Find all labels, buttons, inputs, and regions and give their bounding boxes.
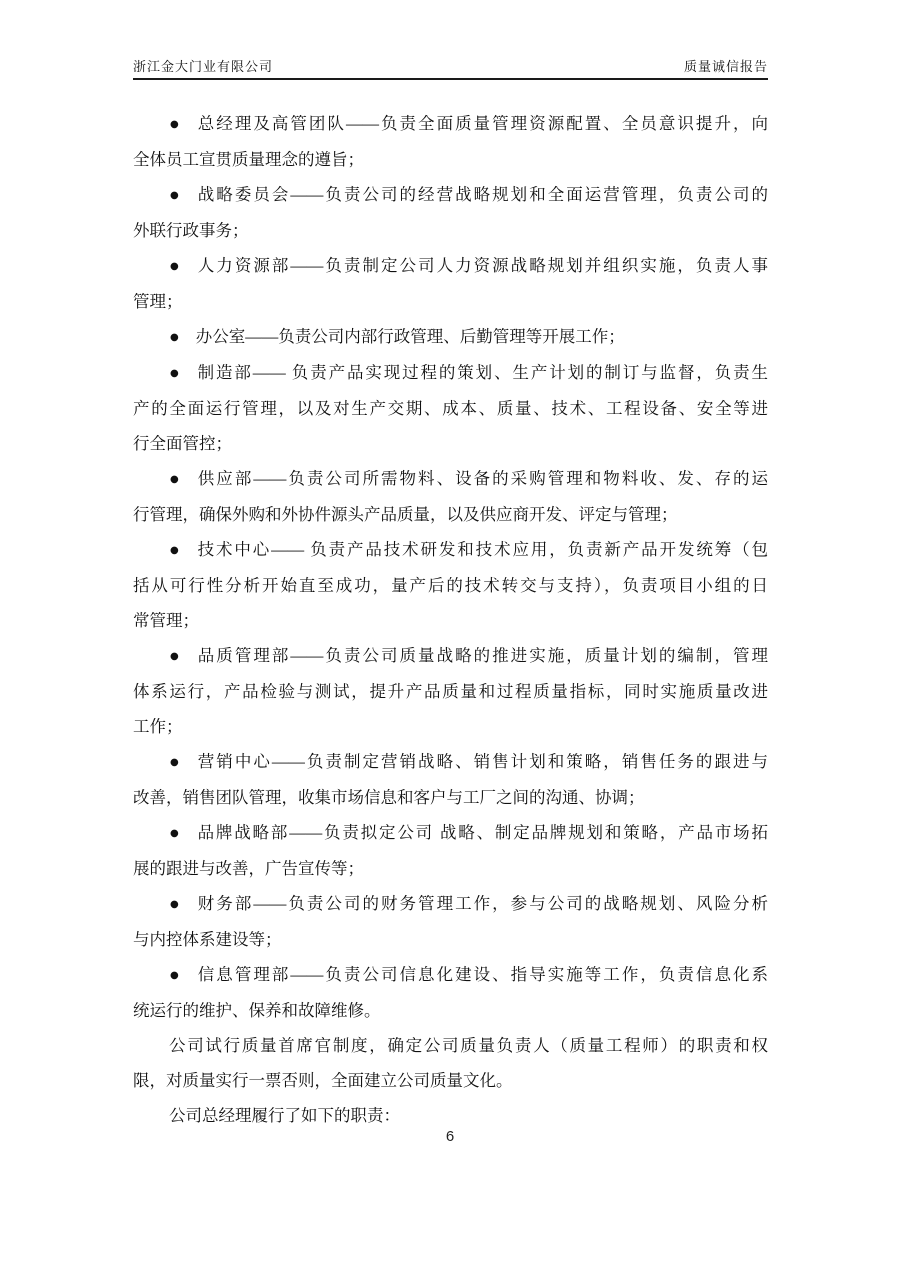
bullet-item-line: 工作；	[133, 709, 768, 744]
bullet-item-line: ●技术中心—— 负责产品技术研发和技术应用，负责新产品开发统筹（包	[133, 532, 768, 568]
bullet-icon: ●	[170, 119, 181, 130]
bullet-icon: ●	[170, 651, 181, 662]
bullet-item-line: 行管理，确保外购和外协件源头产品质量，以及供应商开发、评定与管理；	[133, 497, 768, 532]
bullet-item-line: 管理；	[133, 284, 768, 319]
bullet-item-line: ●办公室——负责公司内部行政管理、后勤管理等开展工作；	[133, 319, 768, 355]
page-header: 浙江金大门业有限公司 质量诚信报告	[133, 56, 768, 80]
bullet-icon: ●	[170, 261, 181, 272]
header-report-title: 质量诚信报告	[684, 56, 768, 75]
bullet-text: 品牌战略部——负责拟定公司 战略、制定品牌规划和策略，产品市场拓	[198, 823, 768, 842]
bullet-item-line: 展的跟进与改善，广告宣传等；	[133, 851, 768, 886]
bullet-icon: ●	[170, 899, 181, 910]
bullet-text: 信息管理部——负责公司信息化建设、指导实施等工作，负责信息化系	[198, 965, 768, 984]
bullet-item-line: ●战略委员会——负责公司的经营战略规划和全面运营管理，负责公司的	[133, 177, 768, 213]
bullet-text: 人力资源部——负责制定公司人力资源战略规划并组织实施，负责人事	[198, 256, 768, 275]
bullet-icon: ●	[170, 474, 181, 485]
bullet-item-line: 全体员工宣贯质量理念的遵旨；	[133, 142, 768, 177]
bullet-item-line: 体系运行，产品检验与测试，提升产品质量和过程质量指标，同时实施质量改进	[133, 674, 768, 709]
bullet-item-line: 常管理；	[133, 603, 768, 638]
page-number: 6	[0, 1128, 900, 1145]
paragraph-line: 公司试行质量首席官制度，确定公司质量负责人（质量工程师）的职责和权	[133, 1028, 768, 1063]
bullet-text: 总经理及高管团队——负责全面质量管理资源配置、全员意识提升，向	[198, 114, 768, 133]
bullet-text: 品质管理部——负责公司质量战略的推进实施，质量计划的编制，管理	[198, 646, 768, 665]
bullet-item-line: ●供应部——负责公司所需物料、设备的采购管理和物料收、发、存的运	[133, 461, 768, 497]
bullet-item-line: ●品质管理部——负责公司质量战略的推进实施，质量计划的编制，管理	[133, 638, 768, 674]
bullet-item-line: 产的全面运行管理，以及对生产交期、成本、质量、技术、工程设备、安全等进	[133, 391, 768, 426]
header-company-name: 浙江金大门业有限公司	[133, 56, 273, 75]
bullet-item-line: ●总经理及高管团队——负责全面质量管理资源配置、全员意识提升，向	[133, 106, 768, 142]
bullet-icon: ●	[170, 757, 181, 768]
bullet-text: 供应部——负责公司所需物料、设备的采购管理和物料收、发、存的运	[198, 469, 768, 488]
bullet-item-line: 外联行政事务；	[133, 213, 768, 248]
bullet-item-line: 括从可行性分析开始直至成功，量产后的技术转交与支持），负责项目小组的日	[133, 568, 768, 603]
bullet-text: 战略委员会——负责公司的经营战略规划和全面运营管理，负责公司的	[198, 185, 768, 204]
bullet-item-line: ●人力资源部——负责制定公司人力资源战略规划并组织实施，负责人事	[133, 248, 768, 284]
bullet-item-line: ●制造部—— 负责产品实现过程的策划、生产计划的制订与监督，负责生	[133, 355, 768, 391]
bullet-text: 营销中心——负责制定营销战略、销售计划和策略，销售任务的跟进与	[198, 752, 768, 771]
bullet-item-line: ●信息管理部——负责公司信息化建设、指导实施等工作，负责信息化系	[133, 957, 768, 993]
bullet-item-line: ●品牌战略部——负责拟定公司 战略、制定品牌规划和策略，产品市场拓	[133, 815, 768, 851]
document-page: 浙江金大门业有限公司 质量诚信报告 ●总经理及高管团队——负责全面质量管理资源配…	[0, 0, 900, 1261]
bullet-item-line: 统运行的维护、保养和故障维修。	[133, 993, 768, 1028]
bullet-icon: ●	[170, 332, 179, 343]
bullet-icon: ●	[170, 545, 181, 556]
bullet-text: 技术中心—— 负责产品技术研发和技术应用，负责新产品开发统筹（包	[198, 540, 768, 559]
bullet-item-line: 行全面管控；	[133, 426, 768, 461]
bullet-icon: ●	[170, 828, 181, 839]
bullet-icon: ●	[170, 970, 181, 981]
bullet-icon: ●	[170, 190, 181, 201]
bullet-icon: ●	[170, 368, 181, 379]
bullet-item-line: 与内控体系建设等；	[133, 922, 768, 957]
bullet-text: 办公室——负责公司内部行政管理、后勤管理等开展工作；	[196, 327, 625, 346]
bullet-item-line: ●营销中心——负责制定营销战略、销售计划和策略，销售任务的跟进与	[133, 744, 768, 780]
bullet-item-line: 改善，销售团队管理，收集市场信息和客户与工厂之间的沟通、协调；	[133, 780, 768, 815]
bullet-item-line: ●财务部——负责公司的财务管理工作，参与公司的战略规划、风险分析	[133, 886, 768, 922]
paragraph-line: 限，对质量实行一票否则，全面建立公司质量文化。	[133, 1063, 768, 1098]
bullet-text: 财务部——负责公司的财务管理工作，参与公司的战略规划、风险分析	[198, 894, 768, 913]
document-body: ●总经理及高管团队——负责全面质量管理资源配置、全员意识提升，向 全体员工宣贯质…	[133, 106, 768, 1133]
bullet-text: 制造部—— 负责产品实现过程的策划、生产计划的制订与监督，负责生	[198, 363, 768, 382]
